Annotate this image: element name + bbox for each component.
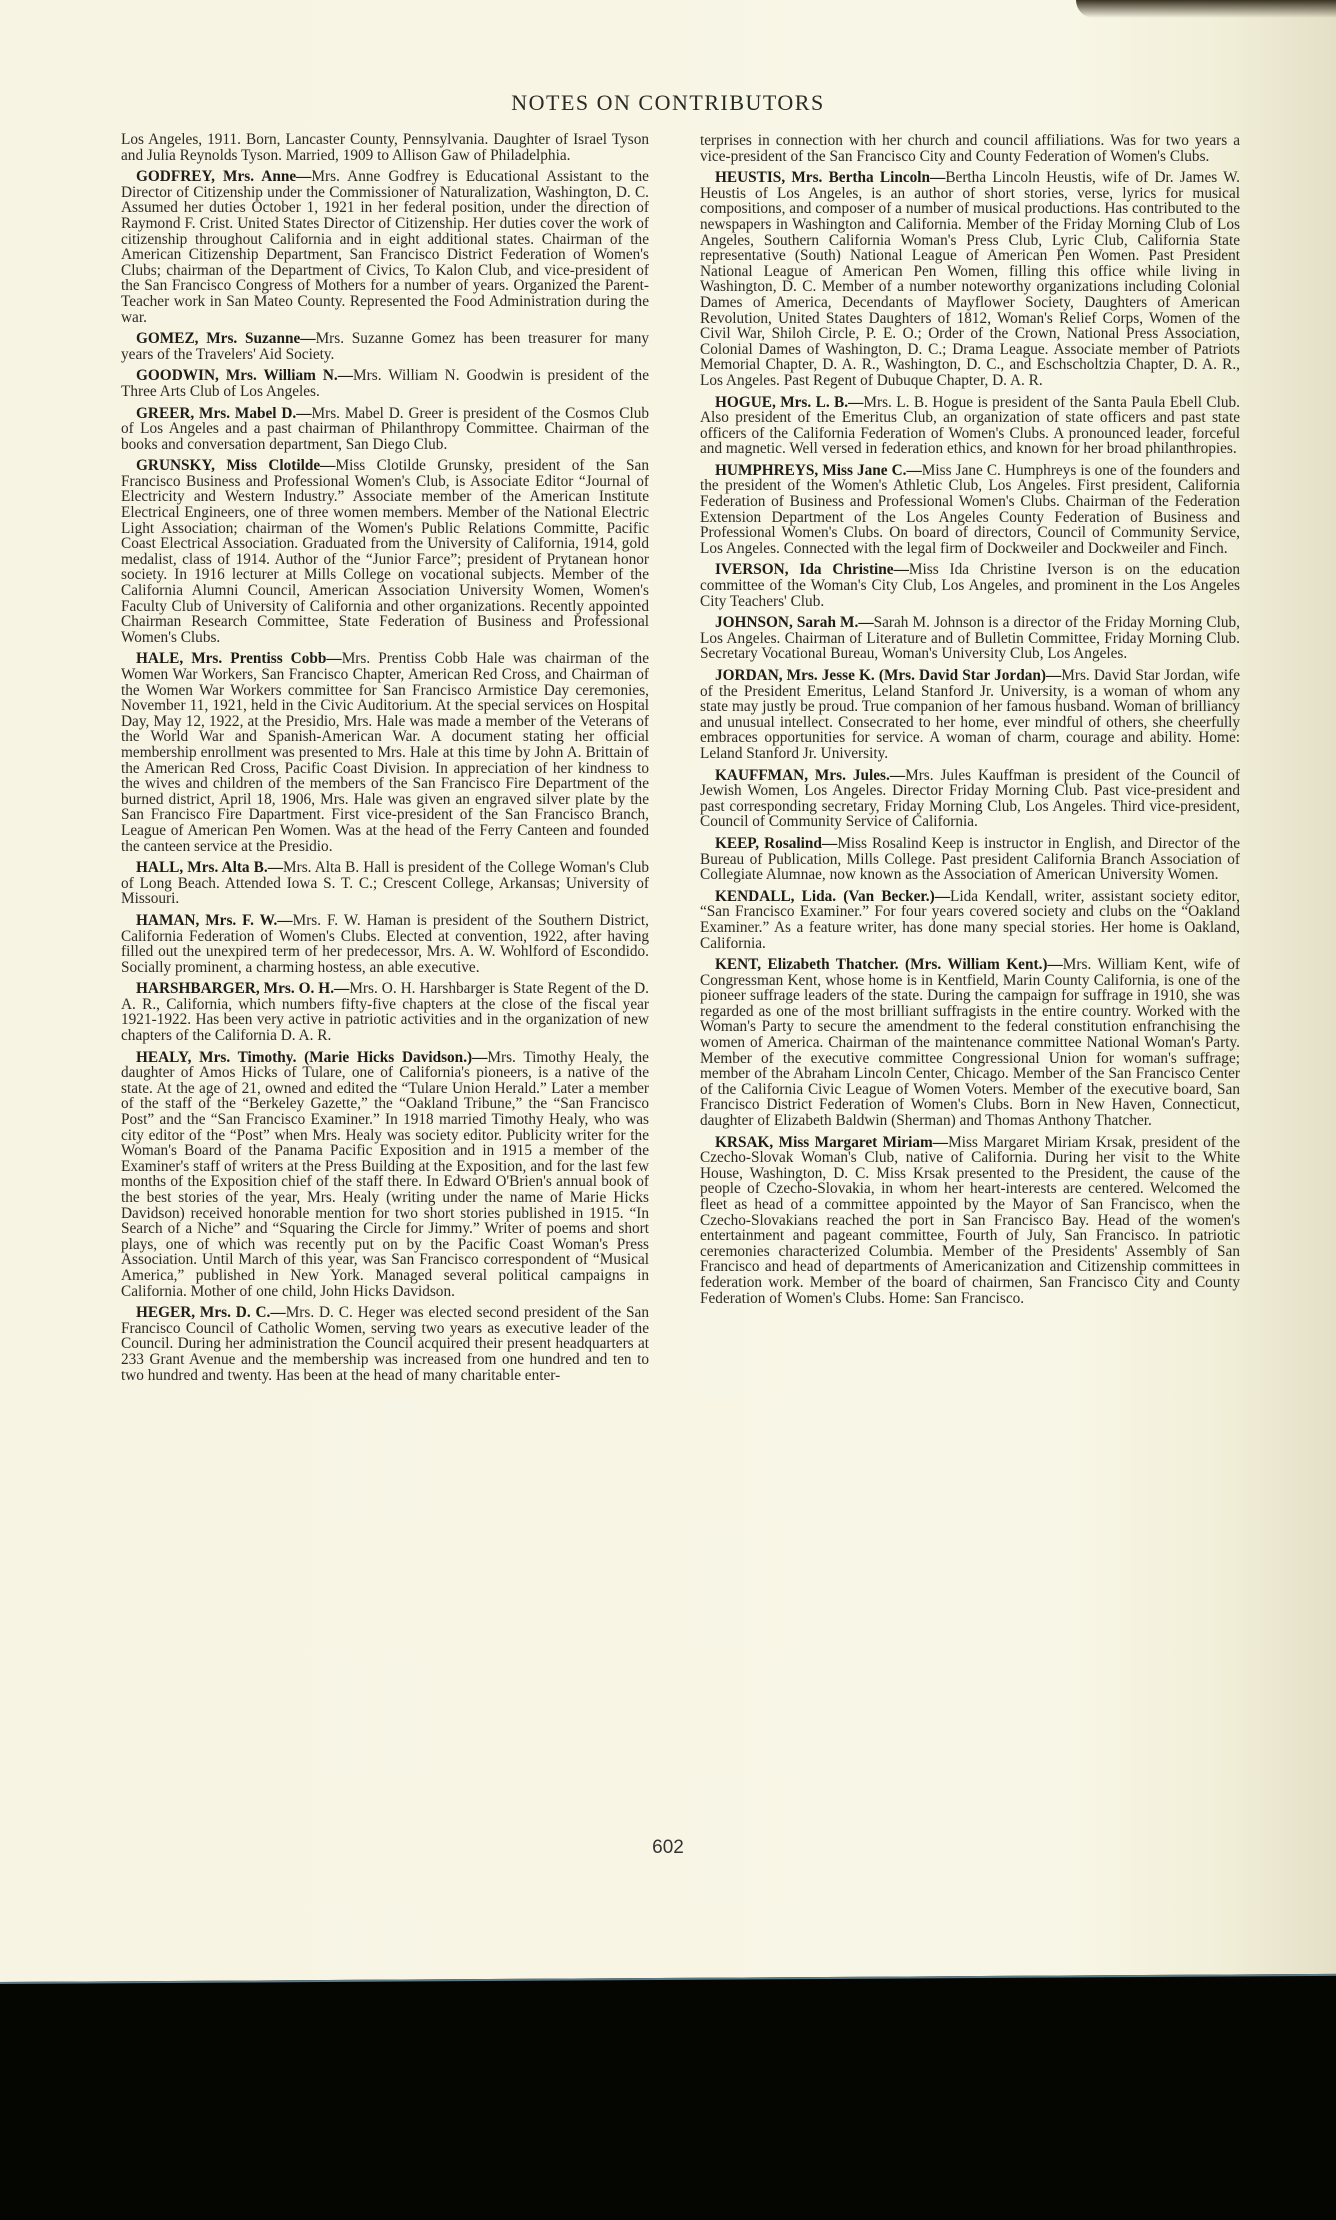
page-number: 602 — [0, 1837, 1336, 1859]
entry-name: GODFREY, Mrs. Anne— — [136, 168, 311, 185]
entry-name: GREER, Mrs. Mabel D.— — [136, 405, 312, 422]
entry-godfrey: GODFREY, Mrs. Anne—Mrs. Anne Godfrey is … — [121, 169, 649, 325]
entry-text: Bertha Lincoln Heustis, wife of Dr. Jame… — [700, 169, 1240, 389]
entry-name: KENT, Elizabeth Thatcher. (Mrs. William … — [715, 956, 1063, 973]
left-column: Los Angeles, 1911. Born, Lancaster Count… — [121, 132, 649, 1389]
entry-kendall: KENDALL, Lida. (Van Becker.)—Lida Kendal… — [700, 889, 1240, 951]
entry-text: Miss Clotilde Grunsky, president of the … — [121, 457, 649, 646]
entry-name: KENDALL, Lida. (Van Becker.)— — [715, 888, 950, 905]
entry-text: Mrs. Prentiss Cobb Hale was chairman of … — [121, 650, 649, 854]
entry-jordan: JORDAN, Mrs. Jesse K. (Mrs. David Star J… — [700, 668, 1240, 762]
entry-text: Mrs. Anne Godfrey is Educational Assista… — [121, 168, 649, 325]
entry-name: HARSHBARGER, Mrs. O. H.— — [136, 980, 349, 997]
entry-kent: KENT, Elizabeth Thatcher. (Mrs. William … — [700, 957, 1240, 1129]
entry-text: Los Angeles, 1911. Born, Lancaster Count… — [121, 131, 649, 164]
entry-harshbarger: HARSHBARGER, Mrs. O. H.—Mrs. O. H. Harsh… — [121, 981, 649, 1043]
entry-name: HALE, Mrs. Prentiss Cobb— — [136, 650, 342, 667]
entry-name: GOODWIN, Mrs. William N.— — [136, 367, 353, 384]
page-curl-shadow — [1076, 0, 1336, 18]
entry-name: HEUSTIS, Mrs. Bertha Lincoln— — [715, 169, 945, 186]
entry-name: KRSAK, Miss Margaret Miriam— — [715, 1134, 948, 1151]
entry-name: JOHNSON, Sarah M.— — [715, 614, 874, 631]
right-column: terprises in connection with her church … — [700, 133, 1240, 1312]
entry-hale: HALE, Mrs. Prentiss Cobb—Mrs. Prentiss C… — [121, 651, 649, 854]
entry-hogue: HOGUE, Mrs. L. B.—Mrs. L. B. Hogue is pr… — [700, 395, 1240, 457]
entry-kauffman: KAUFFMAN, Mrs. Jules.—Mrs. Jules Kauffma… — [700, 768, 1240, 830]
entry-name: HUMPHREYS, Miss Jane C.— — [715, 462, 922, 479]
entry-name: IVERSON, Ida Christine— — [715, 561, 909, 578]
entry: Los Angeles, 1911. Born, Lancaster Count… — [121, 132, 649, 163]
entry-goodwin: GOODWIN, Mrs. William N.—Mrs. William N.… — [121, 368, 649, 399]
entry: terprises in connection with her church … — [700, 133, 1240, 164]
entry-name: HEGER, Mrs. D. C.— — [136, 1304, 286, 1321]
entry-name: KAUFFMAN, Mrs. Jules.— — [715, 767, 905, 784]
entry-iverson: IVERSON, Ida Christine—Miss Ida Christin… — [700, 562, 1240, 609]
entry-text: terprises in connection with her church … — [700, 132, 1240, 165]
entry-name: HEALY, Mrs. Timothy. (Marie Hicks Davids… — [136, 1049, 487, 1066]
entry-name: GOMEZ, Mrs. Suzanne— — [136, 330, 316, 347]
entry-name: KEEP, Rosalind— — [715, 835, 837, 852]
entry-gomez: GOMEZ, Mrs. Suzanne—Mrs. Suzanne Gomez h… — [121, 331, 649, 362]
entry-name: HAMAN, Mrs. F. W.— — [136, 912, 293, 929]
entry-heustis: HEUSTIS, Mrs. Bertha Lincoln—Bertha Linc… — [700, 170, 1240, 388]
entry-text: Mrs. William Kent, wife of Congressman K… — [700, 956, 1240, 1129]
entry-text: Mrs. Timothy Healy, the daughter of Amos… — [121, 1049, 649, 1300]
entry-krsak: KRSAK, Miss Margaret Miriam—Miss Margare… — [700, 1135, 1240, 1307]
entry-johnson: JOHNSON, Sarah M.—Sarah M. Johnson is a … — [700, 615, 1240, 662]
entry-name: HALL, Mrs. Alta B.— — [136, 859, 283, 876]
entry-haman: HAMAN, Mrs. F. W.—Mrs. F. W. Haman is pr… — [121, 913, 649, 975]
entry-healy: HEALY, Mrs. Timothy. (Marie Hicks Davids… — [121, 1050, 649, 1300]
entry-name: JORDAN, Mrs. Jesse K. (Mrs. David Star J… — [715, 667, 1061, 684]
entry-heger: HEGER, Mrs. D. C.—Mrs. D. C. Heger was e… — [121, 1305, 649, 1383]
entry-keep: KEEP, Rosalind—Miss Rosalind Keep is ins… — [700, 836, 1240, 883]
book-page: NOTES ON CONTRIBUTORS Los Angeles, 1911.… — [0, 0, 1336, 1984]
entry-name: GRUNSKY, Miss Clotilde— — [136, 457, 335, 474]
entry-humphreys: HUMPHREYS, Miss Jane C.—Miss Jane C. Hum… — [700, 463, 1240, 557]
entry-greer: GREER, Mrs. Mabel D.—Mrs. Mabel D. Greer… — [121, 406, 649, 453]
entry-hall: HALL, Mrs. Alta B.—Mrs. Alta B. Hall is … — [121, 860, 649, 907]
running-head: NOTES ON CONTRIBUTORS — [0, 90, 1336, 116]
entry-text: Miss Margaret Miriam Krsak, president of… — [700, 1134, 1240, 1307]
entry-grunsky: GRUNSKY, Miss Clotilde—Miss Clotilde Gru… — [121, 458, 649, 645]
entry-name: HOGUE, Mrs. L. B.— — [715, 394, 863, 411]
